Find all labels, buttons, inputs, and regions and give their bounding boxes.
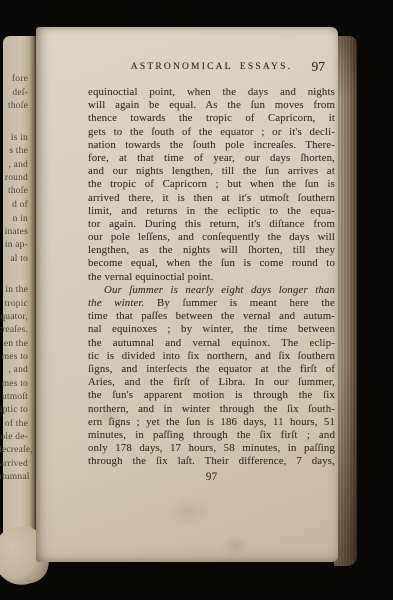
text-line: and our nights lengthen, till the ſun ar… [88, 165, 335, 178]
facing-page-fragment: thoſe [0, 186, 28, 197]
text-line: limit, and returns in the ecliptic to th… [88, 205, 335, 218]
facing-page-fragment: n in [0, 214, 28, 225]
text-line: the vernal equinoctial point. [88, 271, 335, 284]
facing-page-fragment: utmoſt [0, 392, 28, 403]
facing-page-fragment: iptic to [0, 405, 28, 416]
facing-page-fragment: thoſe [0, 101, 28, 112]
facing-page-fragment: , and [0, 160, 28, 171]
facing-page-fragment: , and [0, 365, 28, 376]
text-line: only 178 days, 17 hours, 58 minutes, in … [88, 442, 335, 455]
foxing-spot [166, 497, 212, 527]
text-line: tor again. During this return, it's diſt… [88, 218, 335, 231]
main-page: ASTRONOMICAL ESSAYS. 97 equinoctial poin… [36, 27, 338, 562]
text-line: the winter. By ſummer is meant here the [88, 297, 335, 310]
text-line: lengthen, as the nights will ſhorten, ti… [88, 244, 335, 257]
body-text: equinoctial point, when the days and nig… [88, 86, 335, 468]
footer-page-number: 97 [88, 471, 335, 483]
facing-page-fragment: in ap- [0, 240, 28, 251]
running-header: ASTRONOMICAL ESSAYS. 97 [88, 59, 335, 75]
text-line: equinoctial point, when the days and nig… [88, 86, 335, 99]
header-page-number: 97 [312, 59, 326, 75]
text-line: ern ſigns ; yet the ſun is 186 days, 11 … [88, 416, 335, 429]
text-line: nal equinoxes ; by winter, the time betw… [88, 323, 335, 336]
facing-page-fragment: en the [0, 339, 28, 350]
text-line: nation towards the ſouth pole increaſes.… [88, 139, 335, 152]
facing-page-fragment: ole de- [0, 432, 28, 443]
text-line: ſigns, and interſects the equator at the… [88, 363, 335, 376]
header-title: ASTRONOMICAL ESSAYS. [88, 62, 335, 72]
text-line: time that paſſes between the vernal and … [88, 310, 335, 323]
facing-page-fragment: al to [0, 254, 28, 265]
text-line: will again be equal. As the ſun moves fr… [88, 99, 335, 112]
facing-page-fragment: creaſes. [0, 325, 28, 336]
book-photo: foredeſ-thoſeis ins the, androundthoſed … [0, 0, 393, 600]
text-line: tic is divided into ſix northern, and ſi… [88, 350, 335, 363]
text-line: fore, at that time of year, our days ſho… [88, 152, 335, 165]
text-line: thence towards the tropic of Capricorn, … [88, 112, 335, 125]
text-line: our pole leſſens, and conſequently the d… [88, 231, 335, 244]
facing-page-fragment: in the [0, 285, 28, 296]
text-line: the autumnal and vernal equinox. The ecl… [88, 337, 335, 350]
text-line: through the ſix laſt. Their difference, … [88, 455, 335, 468]
facing-page-fragment: round [0, 173, 28, 184]
facing-page-fragment: of the [0, 419, 28, 430]
text-line: arrived there, it is then at it's utmoſt… [88, 192, 335, 205]
facing-page-fragment: quator, [0, 312, 28, 323]
facing-page-fragment: arrived [0, 459, 28, 470]
facing-page-fragment: d of [0, 200, 28, 211]
facing-page-fragment: is in [0, 133, 28, 144]
facing-page-fragment: s the [0, 146, 28, 157]
foxing-spot [221, 535, 251, 557]
facing-page-fragment: mes to [0, 379, 28, 390]
text-line: Our ſummer is nearly eight days longer t… [88, 284, 335, 297]
facing-page-fragment: deſ- [0, 88, 28, 99]
facing-page-fragment: inates [0, 227, 28, 238]
text-line: the tropic of Capricorn ; but when the ſ… [88, 178, 335, 191]
text-line: become equal, when the ſun is come round… [88, 257, 335, 270]
text-line: minutes, in paſſing through the ſix firſ… [88, 429, 335, 442]
text-line: the ſun's apparent motion is through the… [88, 389, 335, 402]
facing-page-fragment: tropic [0, 299, 28, 310]
text-line: northern, and in winter through the ſix … [88, 403, 335, 416]
facing-page-fragment: decreaſe, [0, 445, 28, 456]
text-line: gets to the ſouth of the equator ; or it… [88, 126, 335, 139]
facing-page-text: foredeſ-thoſeis ins the, androundthoſed … [0, 0, 31, 600]
facing-page-fragment: fore [0, 74, 28, 85]
facing-page-fragment: utumnal [0, 472, 28, 483]
text-line: Aries, and the firſt of Libra. In our ſu… [88, 376, 335, 389]
facing-page-fragment: mes to [0, 352, 28, 363]
